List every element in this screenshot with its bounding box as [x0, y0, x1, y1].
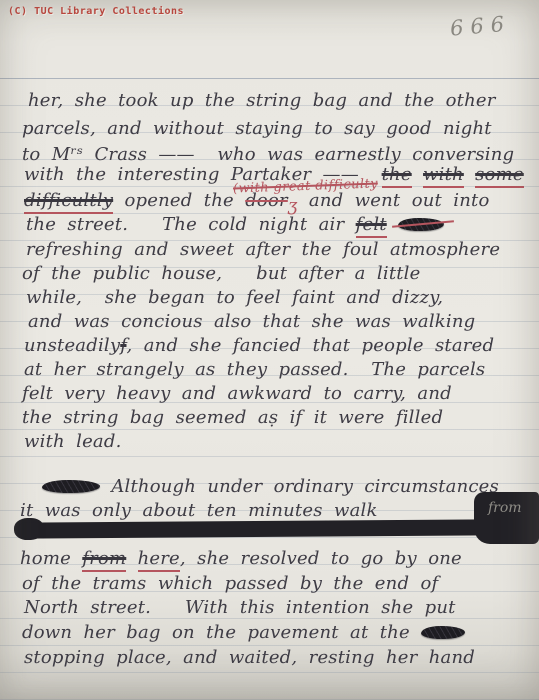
ink-scribble-mark [421, 626, 465, 639]
manuscript-text: the street. The cold night air [26, 214, 356, 235]
manuscript-text [464, 164, 475, 185]
manuscript-text: felt very heavy and awkward to carry, an… [22, 383, 452, 404]
manuscript-line: felt very heavy and awkward to carry, an… [22, 383, 452, 405]
top-margin-rule [0, 78, 539, 79]
manuscript-text: while, she began to feel faint and dizzy… [26, 287, 443, 308]
manuscript-text: unsteadily [24, 335, 120, 356]
manuscript-page: (C) TUC Library Collections 666 her, she… [0, 0, 539, 700]
manuscript-line: refreshing and sweet after the foul atmo… [26, 239, 500, 261]
manuscript-line: stopping place, and waited, resting her … [24, 647, 475, 669]
manuscript-text: , and she fancied that people stared [126, 335, 494, 356]
manuscript-line: to Mʳˢ Crass —— who was earnestly conver… [22, 144, 514, 166]
manuscript-line: and was concious also that she was walki… [28, 311, 475, 333]
manuscript-line: Although under ordinary circumstances [42, 476, 499, 498]
ink-scribble-mark [42, 480, 100, 493]
manuscript-text: of the trams which passed by the end of [22, 573, 438, 594]
manuscript-text: parcels, and without staying to say good… [22, 118, 492, 139]
manuscript-text: Although under ordinary circumstances [100, 476, 499, 497]
manuscript-text [126, 548, 137, 569]
manuscript-line: parcels, and without staying to say good… [22, 118, 492, 140]
manuscript-line: of the public house, but after a little [22, 263, 421, 285]
manuscript-text: some [475, 164, 524, 188]
ink-scribble-mark [398, 218, 444, 231]
manuscript-text: it was only about ten minutes walk [20, 500, 378, 521]
manuscript-text: her, she took up the string bag and the … [28, 90, 496, 111]
manuscript-line: down her bag on the pavement at the [22, 622, 465, 644]
manuscript-line: of the trams which passed by the end of [22, 573, 438, 595]
manuscript-text: here [138, 548, 180, 572]
manuscript-line: while, she began to feel faint and dizzy… [26, 287, 443, 309]
manuscript-line: her, she took up the string bag and the … [28, 90, 496, 112]
manuscript-line: it was only about ten minutes walk [20, 500, 378, 522]
library-watermark: (C) TUC Library Collections [8, 6, 184, 18]
manuscript-text: down her bag on the pavement at the [22, 622, 421, 643]
manuscript-text: of the public house, but after a little [22, 263, 421, 284]
manuscript-text: the [382, 164, 412, 188]
manuscript-line: the street. The cold night air felt [26, 214, 444, 236]
manuscript-text: refreshing and sweet after the foul atmo… [26, 239, 500, 260]
manuscript-text: home [20, 548, 82, 569]
manuscript-text: from [82, 548, 126, 572]
page-number: 666 [449, 11, 512, 40]
manuscript-text: felt [356, 214, 387, 238]
manuscript-text: opened the [113, 190, 245, 211]
manuscript-text: with [423, 164, 464, 188]
red-deletion-mark: ʒ [288, 196, 298, 216]
manuscript-text [412, 164, 423, 185]
manuscript-text: at her strangely as they passed. The par… [24, 359, 485, 380]
manuscript-text: stopping place, and waited, resting her … [24, 647, 475, 668]
manuscript-text: to Mʳˢ Crass —— who was earnestly conver… [22, 144, 514, 165]
manuscript-text: and was concious also that she was walki… [28, 311, 475, 332]
manuscript-text: the string bag seemed aṣ if it were fil… [22, 407, 443, 428]
redaction-bar [18, 519, 492, 538]
ghost-word-under-ink: from [488, 500, 522, 516]
manuscript-text: North street. With this intention she pu… [24, 597, 456, 618]
manuscript-text: difficultly [24, 190, 113, 214]
manuscript-line: home from here, she resolved to go by on… [20, 548, 462, 570]
manuscript-line: the string bag seemed aṣ if it were fil… [22, 407, 443, 429]
manuscript-text: with lead. [24, 431, 122, 452]
manuscript-line: at her strangely as they passed. The par… [24, 359, 485, 381]
manuscript-line: with lead. [24, 431, 122, 453]
manuscript-line: North street. With this intention she pu… [24, 597, 456, 619]
manuscript-text: , she resolved to go by one [180, 548, 462, 569]
manuscript-line: unsteadilyf, and she fancied that people… [24, 335, 494, 357]
